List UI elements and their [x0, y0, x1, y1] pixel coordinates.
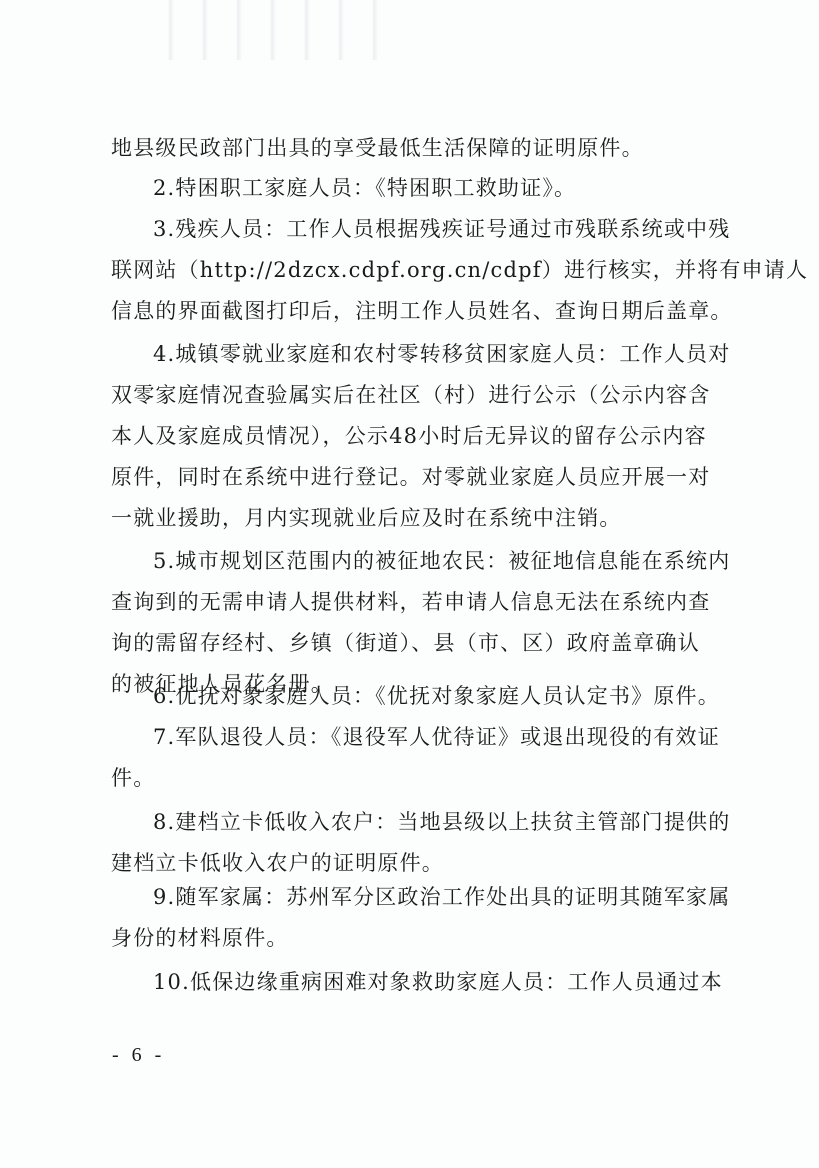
text-line: 5.城市规划区范围内的被征地农民：被征地信息能在系统内: [153, 549, 730, 573]
text-line: 2.特困职工家庭人员：《特困职工救助证》。: [153, 176, 576, 200]
text-line: 件。: [111, 766, 155, 790]
text-line: 4.城镇零就业家庭和农村零转移贫困家庭人员：工作人员对: [153, 342, 730, 366]
text-line: 双零家庭情况查验属实后在社区（村）进行公示（公示内容含: [111, 383, 710, 407]
text-line: 原件，同时在系统中进行登记。对零就业家庭人员应开展一对: [111, 465, 710, 489]
text-line: 10.低保边缘重病困难对象救助家庭人员：工作人员通过本: [153, 970, 723, 994]
text-line: 9.随军家属：苏州军分区政治工作处出具的证明其随军家属: [153, 885, 730, 909]
text-line: 3.残疾人员：工作人员根据残疾证号通过市残联系统或中残: [153, 217, 730, 241]
text-line: 7.军队退役人员：《退役军人优待证》或退出现役的有效证: [153, 725, 720, 749]
text-line: 联网站（http://2dzcx.cdpf.org.cn/cdpf）进行核实，并…: [111, 258, 808, 282]
text-line: 6.优抚对象家庭人员：《优抚对象家庭人员认定书》原件。: [153, 684, 720, 708]
scan-artifact: [140, 0, 380, 60]
text-line: 查询到的无需申请人提供材料，若申请人信息无法在系统内查: [111, 590, 710, 614]
text-line: 询的需留存经村、乡镇（街道）、县（市、区）政府盖章确认: [111, 631, 700, 655]
text-line: 地县级民政部门出具的享受最低生活保障的证明原件。: [111, 136, 644, 160]
page-number: - 6 -: [112, 1044, 165, 1067]
text-line: 一就业援助，月内实现就业后应及时在系统中注销。: [111, 506, 622, 530]
text-line: 8.建档立卡低收入农户：当地县级以上扶贫主管部门提供的: [153, 810, 730, 834]
text-line: 信息的界面截图打印后，注明工作人员姓名、查询日期后盖章。: [111, 299, 733, 323]
document-page: 地县级民政部门出具的享受最低生活保障的证明原件。2.特困职工家庭人员：《特困职工…: [0, 0, 819, 1168]
text-line: 身份的材料原件。: [111, 926, 289, 950]
text-line: 建档立卡低收入农户的证明原件。: [111, 851, 444, 875]
text-line: 本人及家庭成员情况），公示48小时后无异议的留存公示内容: [111, 424, 707, 448]
